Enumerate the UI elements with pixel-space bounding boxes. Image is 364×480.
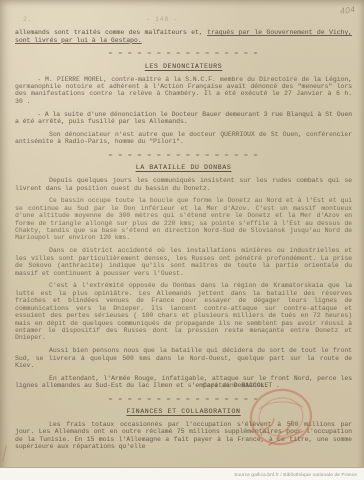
divider-2: = = = = = = = = = = = = = = = = — [15, 152, 352, 159]
paragraph: - A la suite d'une dénonciation le Docte… — [15, 111, 352, 126]
document-text: 2. - 140 - allemands sont traités comme … — [0, 0, 364, 467]
divider-3: = = = = = = = = = = = = = = = = — [15, 396, 352, 403]
gallica-watermark: Source gallica.bnf.fr / Bibliothèque nat… — [234, 472, 357, 477]
paragraph: Son dénonciateur n'est autre que le doct… — [15, 131, 352, 146]
section-title-denonciateurs: LES DENONCIATEURS — [15, 63, 352, 70]
divider-1: = = = = = = = = = = = = = = = = — [15, 50, 352, 57]
paragraph: Aussi bien pensons nous que la bataille … — [15, 347, 352, 369]
paragraph: - M. PIERRE MOREL, contre-maître à la S.… — [15, 76, 352, 106]
paragraph: Depuis quelques jours les communiqués in… — [15, 177, 352, 192]
scanned-document-page: 404 2. - 140 - allemands sont traités co… — [0, 0, 364, 480]
signature-capitaine: Capitaine BACCOLET . — [15, 382, 352, 389]
paragraph: C'est à l'extrémité opposée du Donbas da… — [15, 282, 352, 341]
intro-paragraph: allemands sont traités comme des malfait… — [15, 29, 352, 44]
intro-text: allemands sont traités comme des malfait… — [15, 29, 207, 36]
header-center-fragment: - 140 - — [146, 16, 178, 23]
section-title-bataille-donbas: LA BATAILLE DU DONBAS — [15, 164, 352, 171]
scan-footer: Source gallica.bnf.fr / Bibliothèque nat… — [0, 467, 364, 480]
section-title-finances: FINANCES ET COLLABORATION — [15, 408, 352, 415]
paragraph: Les frais totaux occasionnés par l'occup… — [15, 421, 352, 451]
page-header: 2. - 140 - — [23, 16, 292, 23]
paragraph: Dans ce district accidenté où les instal… — [15, 247, 352, 277]
header-left-fragment: 2. — [23, 16, 32, 23]
paragraph: Ce bassin occupe toute la boucle que for… — [15, 197, 352, 241]
